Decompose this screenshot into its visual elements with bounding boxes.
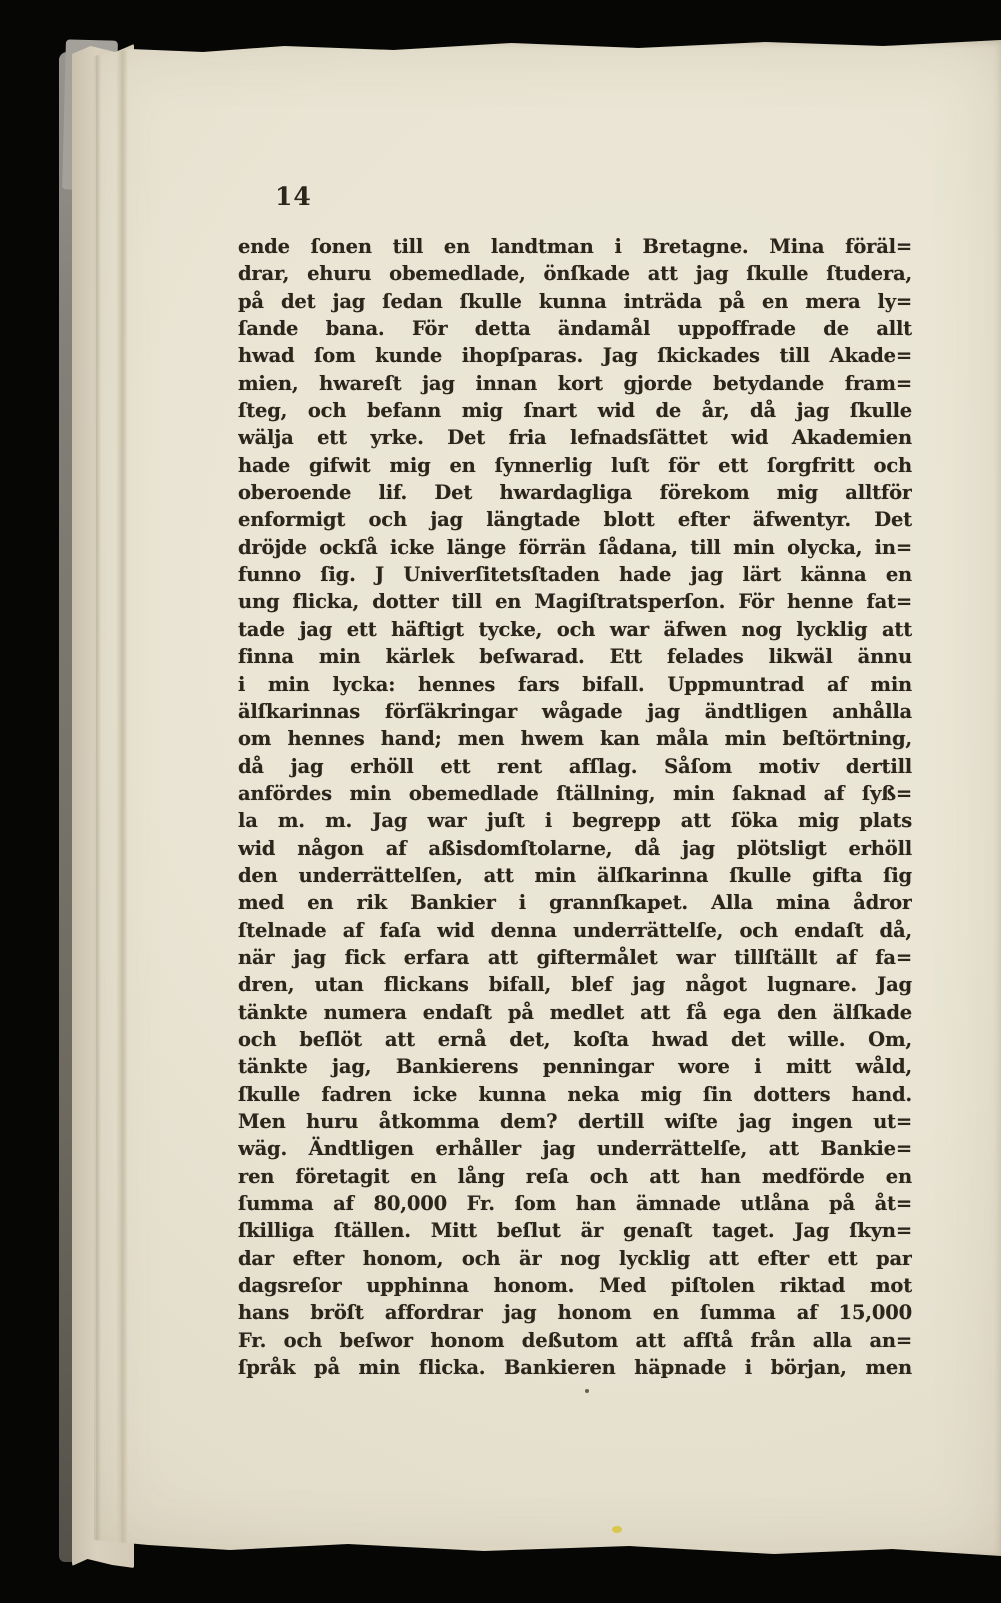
text-line: om hennes hand; men hwem kan måla min be… (238, 725, 912, 752)
text-line: ren företagit en lång reſa och att han m… (238, 1163, 912, 1190)
paper-speck (612, 1526, 622, 1533)
page-fold-ridge (116, 40, 128, 1556)
text-line: ſpråk på min flicka. Bankieren häpnade i… (238, 1354, 912, 1381)
text-line: då jag erhöll ett rent afſlag. Såſom mot… (238, 753, 912, 780)
text-line: ende ſonen till en landtman i Bretagne. … (238, 233, 912, 260)
page-number: 14 (275, 182, 335, 211)
text-line: älſkarinnas förſäkringar wågade jag ändt… (238, 698, 912, 725)
text-line: den underrättelſen, att min älſkarinna ſ… (238, 862, 912, 889)
text-line: dren, utan flickans bifall, blef jag någ… (238, 971, 912, 998)
text-line: oberoende lif. Det hwardagliga förekom m… (238, 479, 912, 506)
text-line: dagsreſor upphinna honom. Med piſtolen r… (238, 1272, 912, 1299)
text-line: wäg. Ändtligen erhåller jag underrättelſ… (238, 1135, 912, 1162)
text-line: mien, hwareſt jag innan kort gjorde bety… (238, 370, 912, 397)
text-line: hade gifwit mig en ſynnerlig luſt för et… (238, 452, 912, 479)
text-line: hwad ſom kunde ihopſparas. Jag ſkickades… (238, 342, 912, 369)
page-edge-ridge (96, 40, 101, 1556)
text-line: i min lycka: hennes fars bifall. Uppmunt… (238, 671, 912, 698)
text-line: wälja ett yrke. Det fria lefnadsſättet w… (238, 424, 912, 451)
text-line: Men huru åtkomma dem? dertill wiſte jag … (238, 1108, 912, 1135)
text-line: ſteg, och befann mig ſnart wid de år, då… (238, 397, 912, 424)
text-line: wid någon af aßisdomſtolarne, då jag plö… (238, 835, 912, 862)
text-line: tade jag ett häftigt tycke, och war äfwe… (238, 616, 912, 643)
text-line: ſkilliga ſtällen. Mitt beſlut är genaſt … (238, 1217, 912, 1244)
text-line: hans bröſt affordrar jag honom en ſumma … (238, 1299, 912, 1326)
text-line: enformigt och jag längtade blott efter ä… (238, 506, 912, 533)
text-line: ſumma af 80,000 Fr. ſom han ämnade utlån… (238, 1190, 912, 1217)
text-line: och beſlöt att ernå det, koſta hwad det … (238, 1026, 912, 1053)
text-line: ung flicka, dotter till en Magiſtratsper… (238, 588, 912, 615)
text-line: dar efter honom, och är nog lycklig att … (238, 1245, 912, 1272)
text-line: anfördes min obemedlade ſtällning, min ſ… (238, 780, 912, 807)
text-line: ſkulle fadren icke kunna neka mig ſin do… (238, 1081, 912, 1108)
text-line: Fr. och beſwor honom deßutom att afſtå f… (238, 1327, 912, 1354)
book-scan: 14 ende ſonen till en landtman i Bretagn… (0, 0, 1001, 1603)
text-line: tänkte numera endaſt på medlet att få eg… (238, 999, 912, 1026)
text-line: ſande bana. För detta ändamål uppoffrade… (238, 315, 912, 342)
ink-spot (585, 1389, 589, 1393)
text-line: på det jag ſedan ſkulle kunna inträda på… (238, 288, 912, 315)
text-line: när jag fick erfara att giftermålet war … (238, 944, 912, 971)
text-line: la m. m. Jag war juſt i begrepp att ſöka… (238, 807, 912, 834)
text-line: funno ſig. J Univerſitetsſtaden hade jag… (238, 561, 912, 588)
text-line: finna min kärlek beſwarad. Ett felades l… (238, 643, 912, 670)
text-line: drar, ehuru obemedlade, önſkade att jag … (238, 260, 912, 287)
page-text-block: ende ſonen till en landtman i Bretagne. … (238, 233, 912, 1381)
text-line: ſtelnade af faſa wid denna underrättelſe… (238, 917, 912, 944)
text-line: tänkte jag, Bankierens penningar wore i … (238, 1053, 912, 1080)
text-line: med en rik Bankier i grannſkapet. Alla m… (238, 889, 912, 916)
text-line: dröjde ockſå icke länge förrän ſådana, t… (238, 534, 912, 561)
